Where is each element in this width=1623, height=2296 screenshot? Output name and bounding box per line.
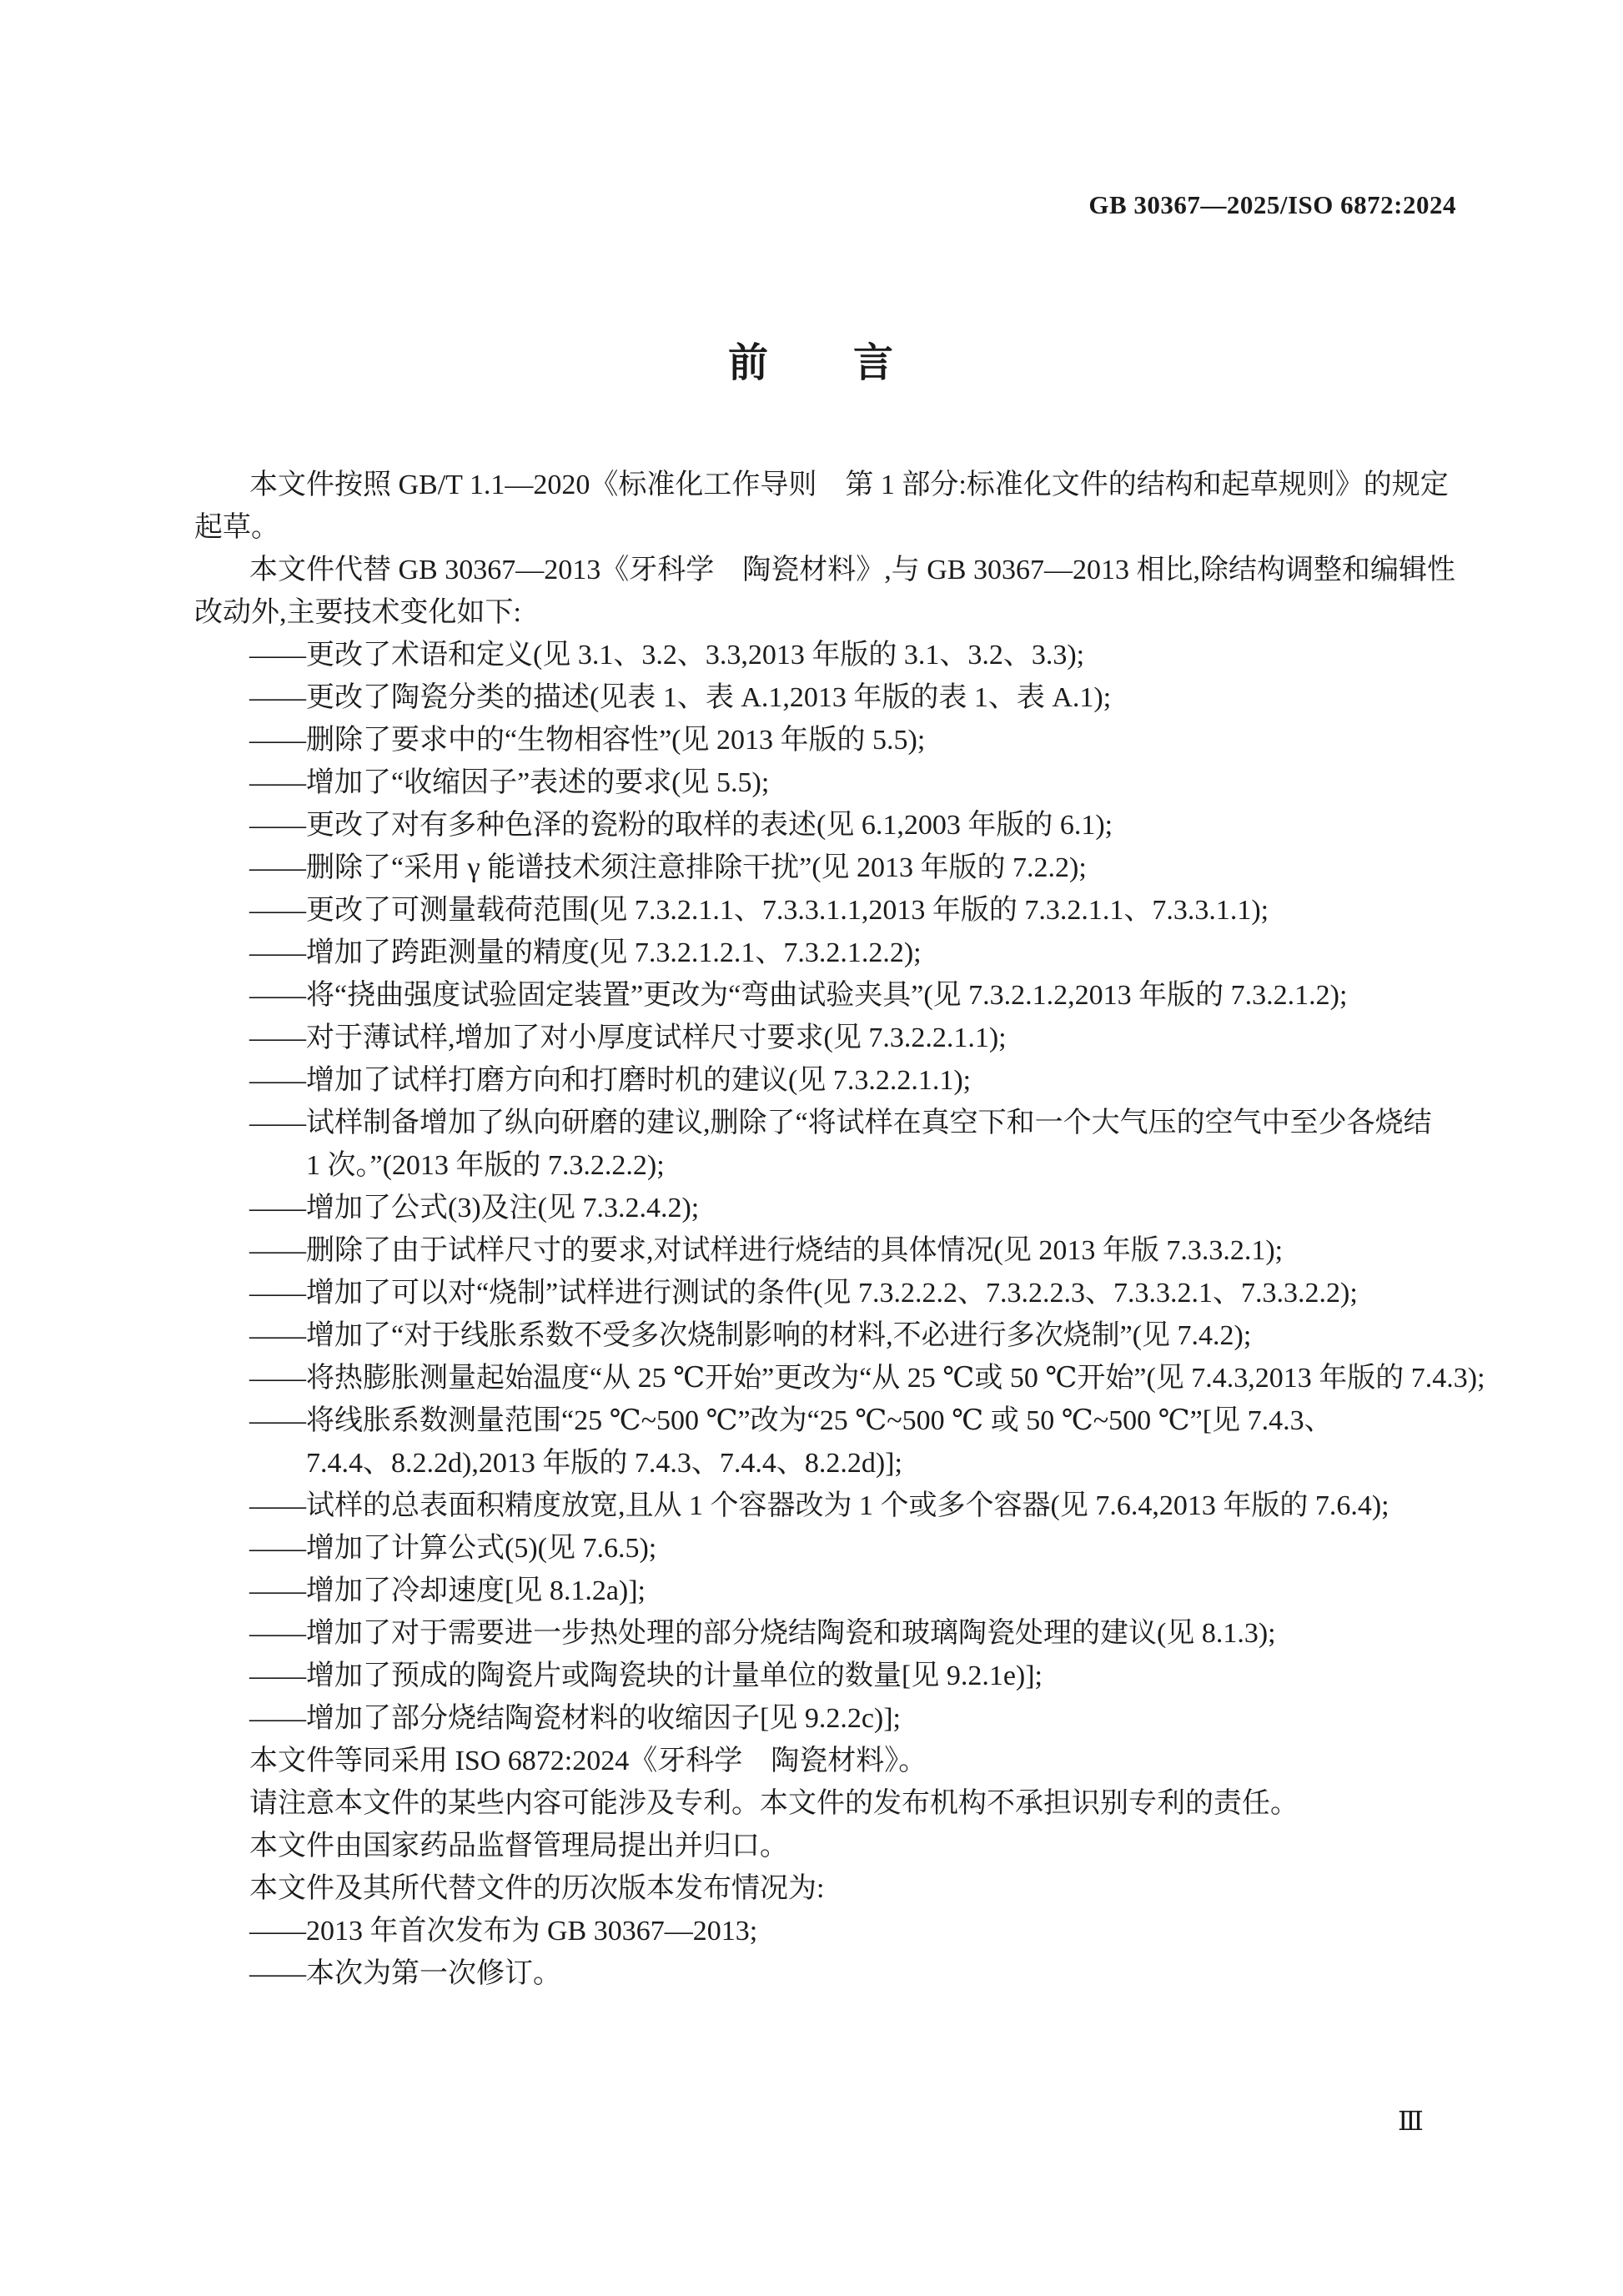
change-list-item: ——增加了计算公式(5)(见 7.6.5); — [194, 1527, 1495, 1570]
standard-number-header: GB 30367—2025/ISO 6872:2024 — [1088, 190, 1456, 220]
paragraph-line: 本文件按照 GB/T 1.1—2020《标准化工作导则 第 1 部分:标准化文件… — [194, 464, 1495, 506]
change-list-item: ——增加了跨距测量的精度(见 7.3.2.1.2.1、7.3.2.1.2.2); — [194, 932, 1495, 974]
change-list-item: ——将线胀系数测量范围“25 ℃~500 ℃”改为“25 ℃~500 ℃ 或 5… — [194, 1399, 1495, 1442]
paragraph-line: 本文件由国家药品监督管理局提出并归口。 — [194, 1825, 1495, 1867]
change-list-item: ——删除了要求中的“生物相容性”(见 2013 年版的 5.5); — [194, 719, 1495, 761]
change-list-item: ——更改了陶瓷分类的描述(见表 1、表 A.1,2013 年版的表 1、表 A.… — [194, 676, 1495, 719]
change-list-item-continuation: 7.4.4、8.2.2d),2013 年版的 7.4.3、7.4.4、8.2.2… — [194, 1442, 1495, 1485]
change-list-item: ——将热膨胀测量起始温度“从 25 ℃开始”更改为“从 25 ℃或 50 ℃开始… — [194, 1357, 1495, 1399]
change-list-item-continuation: 1 次。”(2013 年版的 7.3.2.2.2); — [194, 1144, 1495, 1187]
paragraph-line: 本文件代替 GB 30367—2013《牙科学 陶瓷材料》,与 GB 30367… — [194, 549, 1495, 591]
change-list-item: ——增加了公式(3)及注(见 7.3.2.4.2); — [194, 1187, 1495, 1229]
document-page: GB 30367—2025/ISO 6872:2024 前 言 本文件按照 GB… — [0, 0, 1623, 2296]
change-list-item: ——增加了“对于线胀系数不受多次烧制影响的材料,不必进行多次烧制”(见 7.4.… — [194, 1314, 1495, 1357]
change-list-item: ——更改了术语和定义(见 3.1、3.2、3.3,2013 年版的 3.1、3.… — [194, 634, 1495, 676]
change-list-item: ——删除了由于试样尺寸的要求,对试样进行烧结的具体情况(见 2013 年版 7.… — [194, 1229, 1495, 1272]
change-list-item: ——对于薄试样,增加了对小厚度试样尺寸要求(见 7.3.2.2.1.1); — [194, 1017, 1495, 1059]
paragraph-line: 起草。 — [194, 506, 1495, 549]
change-list-item: ——增加了对于需要进一步热处理的部分烧结陶瓷和玻璃陶瓷处理的建议(见 8.1.3… — [194, 1612, 1495, 1655]
change-list-item: ——增加了可以对“烧制”试样进行测试的条件(见 7.3.2.2.2、7.3.2.… — [194, 1272, 1495, 1314]
page-number: Ⅲ — [1398, 2105, 1424, 2137]
change-list-item: ——试样制备增加了纵向研磨的建议,删除了“将试样在真空下和一个大气压的空气中至少… — [194, 1102, 1495, 1144]
change-list-item: ——更改了可测量载荷范围(见 7.3.2.1.1、7.3.3.1.1,2013 … — [194, 889, 1495, 932]
change-list-item: ——增加了“收缩因子”表述的要求(见 5.5); — [194, 761, 1495, 804]
change-list-item: ——更改了对有多种色泽的瓷粉的取样的表述(见 6.1,2003 年版的 6.1)… — [194, 804, 1495, 847]
change-list-item: ——增加了预成的陶瓷片或陶瓷块的计量单位的数量[见 9.2.1e)]; — [194, 1655, 1495, 1697]
page-title: 前 言 — [0, 330, 1623, 388]
change-list-item: ——增加了冷却速度[见 8.1.2a)]; — [194, 1570, 1495, 1612]
foreword-body: 本文件按照 GB/T 1.1—2020《标准化工作导则 第 1 部分:标准化文件… — [194, 464, 1495, 1995]
change-list-item: ——删除了“采用 γ 能谱技术须注意排除干扰”(见 2013 年版的 7.2.2… — [194, 847, 1495, 889]
paragraph-line: 改动外,主要技术变化如下: — [194, 591, 1495, 634]
change-list-item: ——增加了试样打磨方向和打磨时机的建议(见 7.3.2.2.1.1); — [194, 1059, 1495, 1102]
change-list-item: ——增加了部分烧结陶瓷材料的收缩因子[见 9.2.2c)]; — [194, 1697, 1495, 1740]
history-list-item: ——本次为第一次修订。 — [194, 1952, 1495, 1995]
paragraph-line: 本文件等同采用 ISO 6872:2024《牙科学 陶瓷材料》。 — [194, 1740, 1495, 1782]
change-list-item: ——将“挠曲强度试验固定装置”更改为“弯曲试验夹具”(见 7.3.2.1.2,2… — [194, 974, 1495, 1017]
change-list-item: ——试样的总表面积精度放宽,且从 1 个容器改为 1 个或多个容器(见 7.6.… — [194, 1485, 1495, 1527]
history-list-item: ——2013 年首次发布为 GB 30367—2013; — [194, 1910, 1495, 1952]
paragraph-line: 请注意本文件的某些内容可能涉及专利。本文件的发布机构不承担识别专利的责任。 — [194, 1782, 1495, 1825]
paragraph-line: 本文件及其所代替文件的历次版本发布情况为: — [194, 1867, 1495, 1910]
